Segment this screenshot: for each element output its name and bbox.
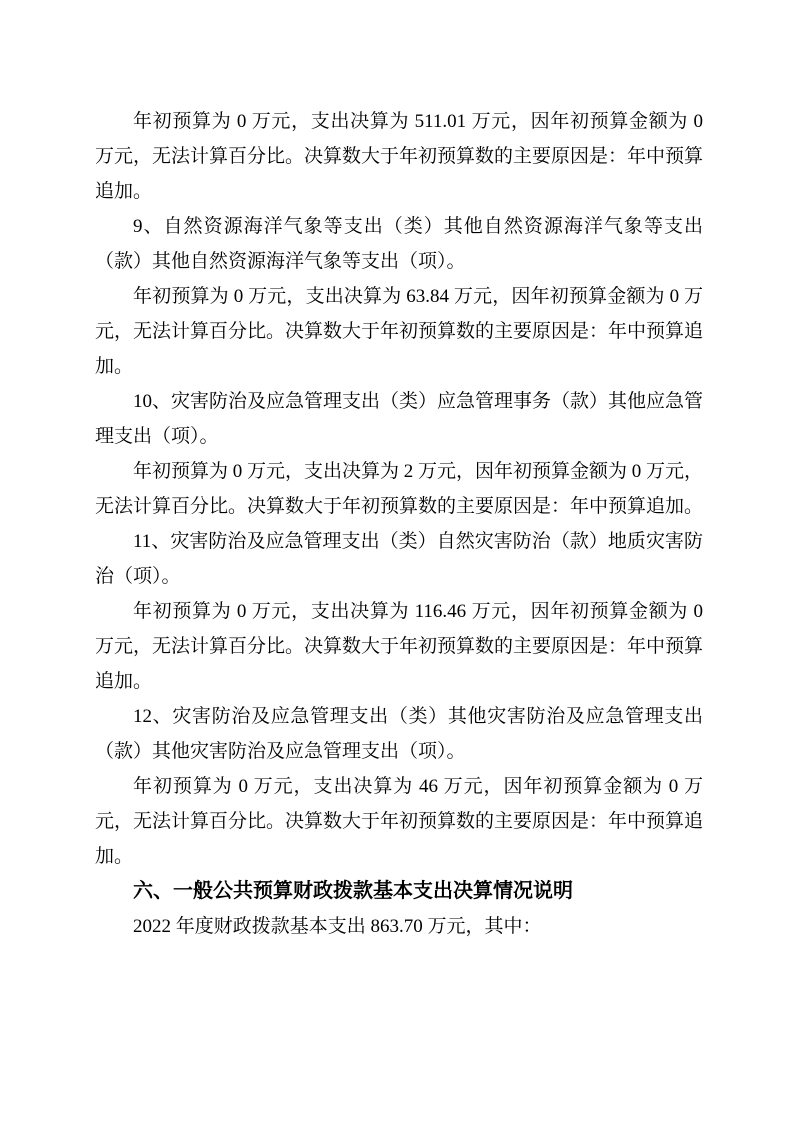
paragraph-item9-title: 9、自然资源海洋气象等支出（类）其他自然资源海洋气象等支出（款）其他自然资源海洋… — [95, 209, 703, 279]
paragraph-item8-detail: 年初预算为 0 万元，支出决算为 511.01 万元，因年初预算金额为 0 万元… — [95, 104, 703, 209]
document-page: 年初预算为 0 万元，支出决算为 511.01 万元，因年初预算金额为 0 万元… — [0, 0, 793, 1122]
paragraph-item11-title: 11、灾害防治及应急管理支出（类）自然灾害防治（款）地质灾害防治（项）。 — [95, 524, 703, 594]
section-six-heading: 六、一般公共预算财政拨款基本支出决算情况说明 — [95, 874, 703, 909]
paragraph-item10-title: 10、灾害防治及应急管理支出（类）应急管理事务（款）其他应急管理支出（项）。 — [95, 384, 703, 454]
paragraph-item12-detail: 年初预算为 0 万元，支出决算为 46 万元，因年初预算金额为 0 万元，无法计… — [95, 769, 703, 874]
paragraph-item10-detail: 年初预算为 0 万元，支出决算为 2 万元，因年初预算金额为 0 万元，无法计算… — [95, 454, 703, 524]
document-body: 年初预算为 0 万元，支出决算为 511.01 万元，因年初预算金额为 0 万元… — [95, 104, 703, 944]
paragraph-item12-title: 12、灾害防治及应急管理支出（类）其他灾害防治及应急管理支出（款）其他灾害防治及… — [95, 699, 703, 769]
paragraph-section6-intro: 2022 年度财政拨款基本支出 863.70 万元，其中： — [95, 909, 703, 944]
paragraph-item9-detail: 年初预算为 0 万元，支出决算为 63.84 万元，因年初预算金额为 0 万元，… — [95, 279, 703, 384]
paragraph-item11-detail: 年初预算为 0 万元，支出决算为 116.46 万元，因年初预算金额为 0 万元… — [95, 594, 703, 699]
